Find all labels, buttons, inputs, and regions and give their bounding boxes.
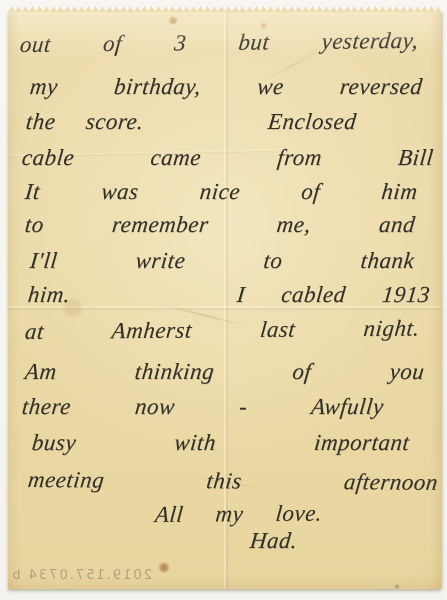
handwriting-line: there now - Awfully [22, 394, 384, 420]
handwriting-text: I cabled 1913 [236, 282, 432, 308]
handwriting-text: Enclosed [266, 109, 357, 135]
handwriting-line: out of 3 but yesterday, [20, 28, 419, 58]
letter-body: out of 3 but yesterday, my birthday, we … [8, 12, 441, 589]
handwriting-text: Had. [249, 528, 299, 554]
handwriting-line: to remember me, and [25, 212, 415, 238]
handwriting-line: cable came from Bill [22, 145, 433, 171]
handwriting-text: cable came from Bill [21, 145, 435, 171]
handwriting-line: meeting this afternoon [28, 467, 438, 496]
closing-line: All my love. [155, 501, 322, 528]
handwriting-line: busy with important [32, 430, 410, 456]
handwriting-text: busy with important [31, 430, 411, 456]
signature: Had. [250, 528, 297, 554]
handwriting-text: out of 3 but yesterday, [19, 28, 420, 58]
pencil-accession-inscription: 2019.157.0734 b [24, 568, 152, 583]
letter-paper: out of 3 but yesterday, my birthday, we … [8, 12, 441, 589]
handwriting-line: at Amherst last night. [25, 316, 420, 345]
handwriting-text: to remember me, and [24, 212, 417, 238]
handwriting-text: at Amherst last night. [24, 316, 421, 345]
handwriting-line: I'll write to thank [30, 248, 414, 274]
handwriting-text: Am thinking of you [24, 359, 426, 385]
scan-background: out of 3 but yesterday, my birthday, we … [0, 0, 447, 600]
handwriting-line: the score. Enclosed [26, 109, 356, 135]
handwriting-text: I'll write to thank [29, 248, 416, 274]
handwriting-line: him. I cabled 1913 [28, 282, 430, 308]
handwriting-text: the score. [25, 109, 145, 135]
handwriting-text: meeting this afternoon [27, 467, 440, 496]
handwriting-line: Am thinking of you [25, 359, 424, 385]
handwriting-line: It was nice of him [25, 179, 418, 205]
handwriting-text: there now - Awfully [21, 394, 385, 420]
handwriting-text: It was nice of him [24, 179, 419, 205]
handwriting-text: All my love. [154, 501, 324, 528]
handwriting-text: him. [27, 282, 72, 308]
handwriting-line: my birthday, we reversed [30, 74, 422, 100]
handwriting-text: my birthday, we reversed [29, 74, 424, 100]
